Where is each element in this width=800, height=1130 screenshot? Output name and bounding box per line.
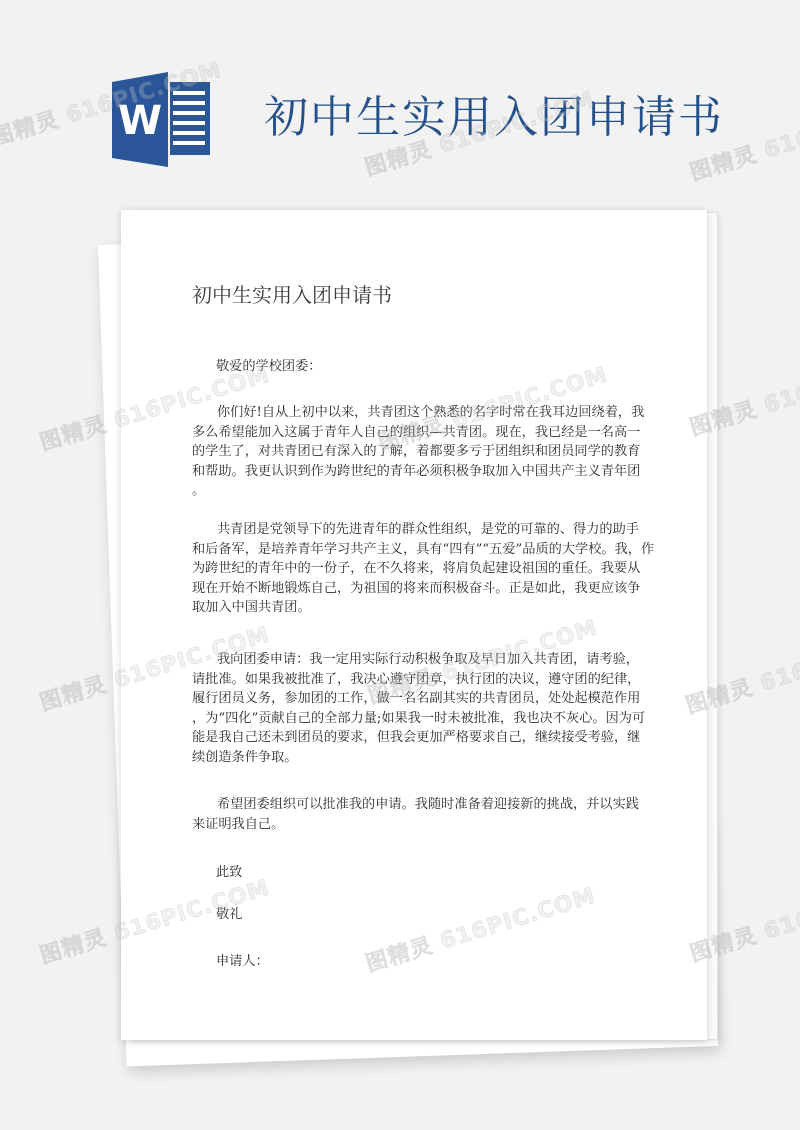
text-line: 能是我自己还未到团员的要求，但我会更加严格要求自己，继续接受考验，继 (192, 728, 636, 748)
document-title: 初中生实用入团申请书 (192, 284, 392, 306)
text-line: 和帮助。我更认识到作为跨世纪的青年必须积极争取加入中国共产主义青年团 (192, 462, 636, 482)
text-line: 取加入中国共青团。 (192, 598, 636, 618)
text-line: ，为“四化”贡献自己的全部力量;如果我一时未被批准，我也决不灰心。因为可 (192, 709, 636, 729)
text-line: 现在开始不断地锻炼自己，为祖国的将来而积极奋斗。正是如此，我更应该争 (192, 579, 636, 599)
text-line: 来证明我自己。 (192, 815, 636, 835)
word-icon-letter: W (118, 98, 162, 144)
signature-label: 申请人： (216, 952, 269, 972)
text-line: 共青团是党领导下的先进青年的群众性组织，是党的可靠的、得力的助手 (192, 520, 636, 540)
paragraph-3: 我向团委申请：我一定用实际行动积极争取及早日加入共青团，请考验， 请批准。如果我… (192, 650, 636, 767)
document-page: 初中生实用入团申请书 敬爱的学校团委： 你们好!自从上初中以来，共青团这个熟悉的… (121, 210, 707, 1040)
text-line: 续创造条件争取。 (192, 748, 636, 768)
salutation: 敬爱的学校团委： (216, 357, 322, 377)
text-line: 我向团委申请：我一定用实际行动积极争取及早日加入共青团，请考验， (192, 650, 636, 670)
text-line: 履行团员义务，参加团的工作，做一名名副其实的共青团员，处处起模范作用 (192, 689, 636, 709)
paragraph-2: 共青团是党领导下的先进青年的群众性组织，是党的可靠的、得力的助手 和后备军，是培… (192, 520, 636, 618)
text-line: 你们好!自从上初中以来，共青团这个熟悉的名字时常在我耳边回绕着，我 (192, 403, 636, 423)
text-line: 。 (192, 481, 636, 501)
text-line: 和后备军，是培养青年学习共产主义，具有“四有”“五爱”品质的大学校。我，作 (192, 540, 636, 560)
paragraph-4: 希望团委组织可以批准我的申请。我随时准备着迎接新的挑战，并以实践 来证明我自己。 (192, 795, 636, 834)
text-line: 多么希望能加入这属于青年人自己的组织—共青团。现在，我已经是一名高一 (192, 423, 636, 443)
text-line: 的学生了，对共青团已有深入的了解，着都要多亏于团组织和团员同学的教育 (192, 442, 636, 462)
header-title: 初中生实用入团申请书 (264, 93, 724, 143)
word-icon: W (105, 70, 215, 170)
text-line: 为跨世纪的青年中的一份子，在不久将来，将肩负起建设祖国的重任。我要从 (192, 559, 636, 579)
paragraph-1: 你们好!自从上初中以来，共青团这个熟悉的名字时常在我耳边回绕着，我 多么希望能加… (192, 403, 636, 501)
text-line: 希望团委组织可以批准我的申请。我随时准备着迎接新的挑战，并以实践 (192, 795, 636, 815)
closing-line-1: 此致 (216, 863, 242, 883)
closing-line-2: 敬礼 (216, 905, 242, 925)
text-line: 请批准。如果我被批准了，我决心遵守团章，执行团的决议，遵守团的纪律， (192, 670, 636, 690)
